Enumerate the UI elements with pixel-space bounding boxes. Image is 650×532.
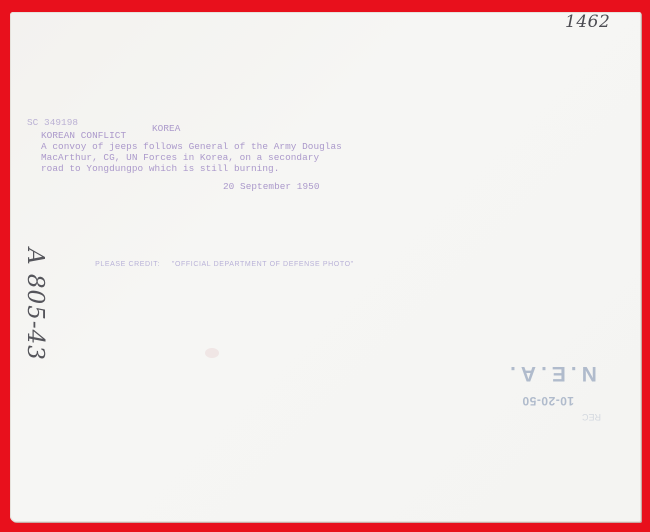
- credit-value: "OFFICIAL DEPARTMENT OF DEFENSE PHOTO": [172, 261, 354, 268]
- location-label: KOREA: [152, 124, 180, 135]
- serial-number: SC 349198: [27, 118, 78, 129]
- caption-line-1: A convoy of jeeps follows General of the…: [41, 142, 342, 153]
- handwritten-corner-number: 1462: [565, 12, 610, 32]
- credit-label: PLEASE CREDIT:: [95, 261, 160, 268]
- nea-stamp: N.E.A.: [505, 361, 597, 385]
- caption-date: 20 September 1950: [223, 182, 320, 193]
- handwritten-vertical-note: A 805-43: [22, 248, 48, 468]
- paper-smudge: [205, 348, 219, 358]
- stamp-date: 10-20-50: [522, 394, 574, 408]
- caption-heading: KOREAN CONFLICT: [41, 131, 126, 142]
- caption-line-2: MacArthur, CG, UN Forces in Korea, on a …: [41, 153, 319, 164]
- stamp-extra: REC: [582, 412, 601, 422]
- credit-line: PLEASE CREDIT:"OFFICIAL DEPARTMENT OF DE…: [90, 254, 354, 268]
- caption-line-3: road to Yongdungpo which is still burnin…: [41, 164, 279, 175]
